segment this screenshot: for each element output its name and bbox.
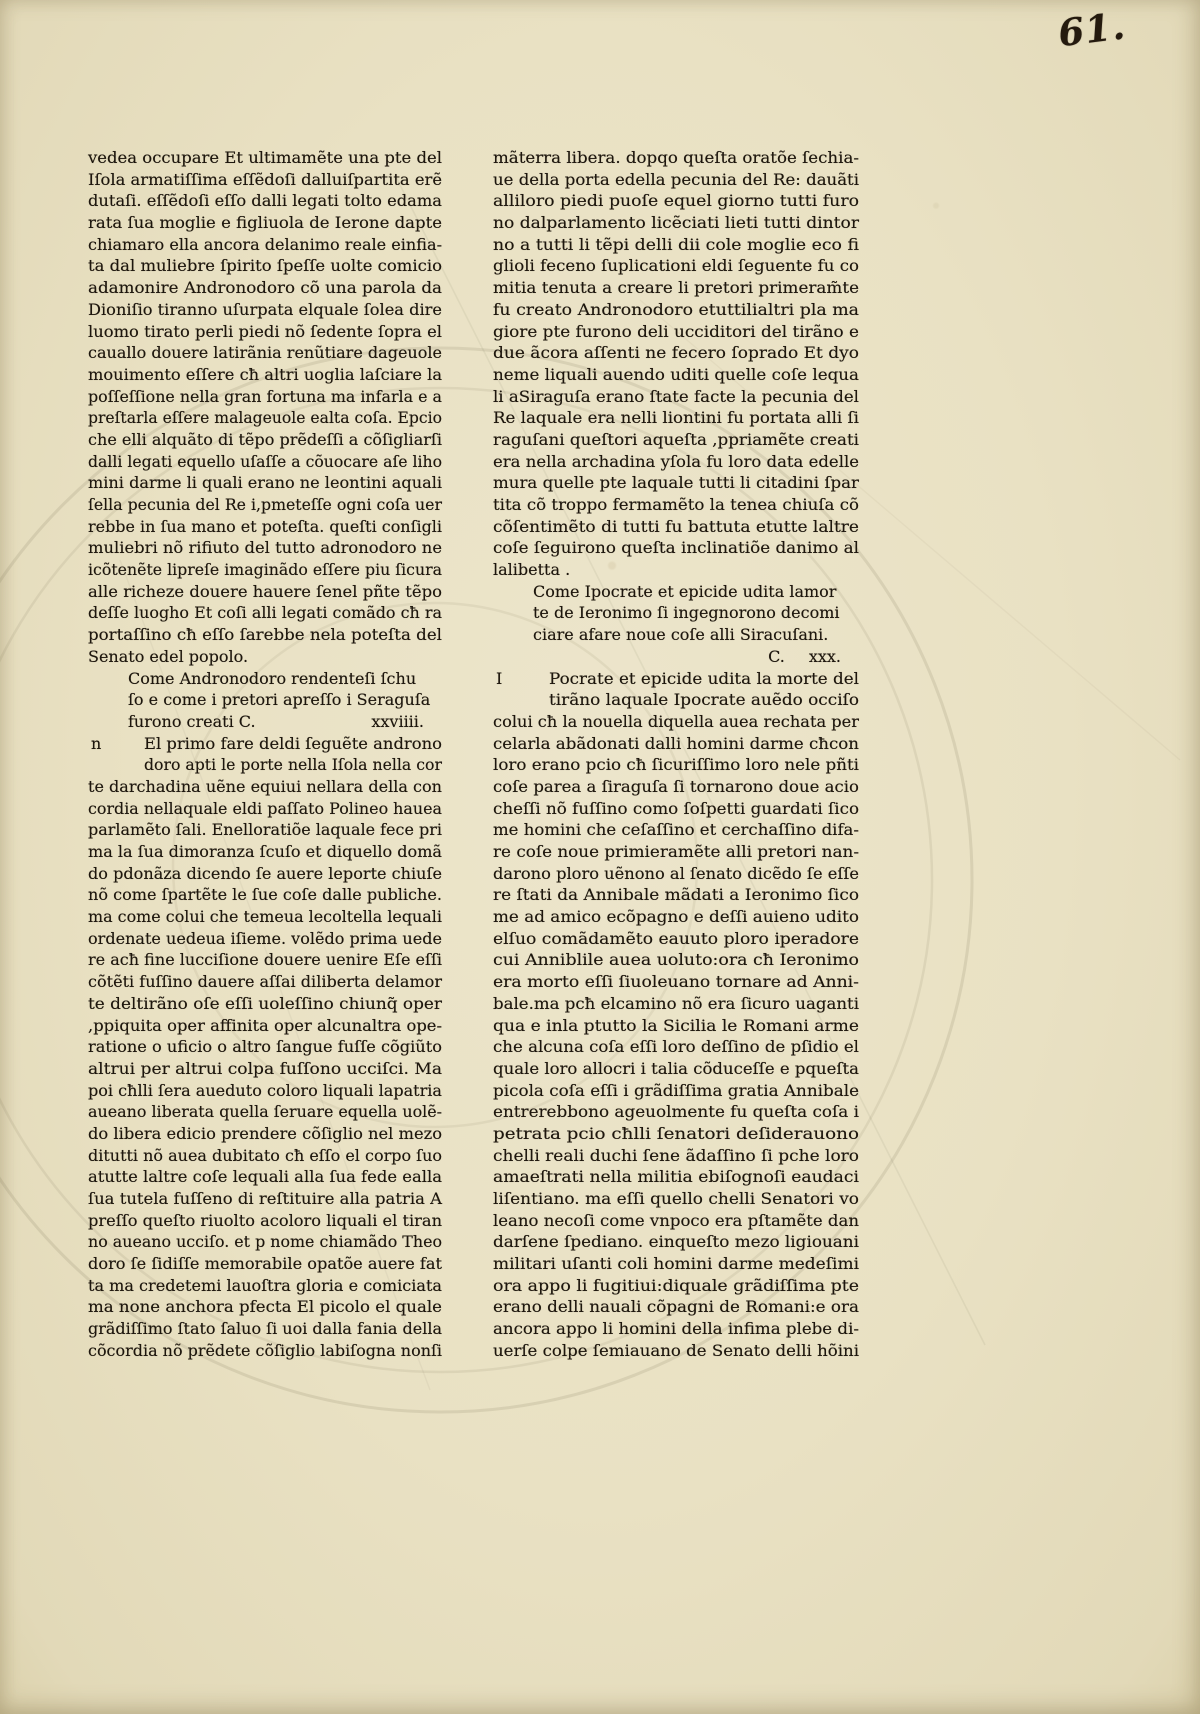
text-line: dutaſi. eſſẽdoſi eſſo dalli legati tolto… [88,190,442,212]
line-text: Dioniſio tiranno uſurpata elquale ſolea … [88,299,442,321]
line-text: ma la ſua dimoranza ſcuſo et diquello do… [88,841,442,863]
line-text: Come Andronodoro rendenteſi ſchu [128,668,416,690]
text-line: re acħ fine lucciſione douere uenire Eſe… [88,949,442,971]
line-text: mãterra libera. dopqo queſta oratõe ſech… [493,147,859,169]
text-line: quale loro allocri i talia cõduceſſe e p… [493,1058,859,1080]
line-text: El primo fare deldi ſeguẽte androno [144,733,442,755]
line-text: loro erano pcio cħ ſicuriſſimo loro nele… [493,754,859,776]
text-line: ma none anchora pfecta El picolo el qual… [88,1296,442,1318]
line-text: cõſentimẽto di tutti fu battuta etutte l… [493,516,859,538]
initial-guide-letter: n [91,733,101,755]
text-line: mura quelle pte laquale tutti li citadin… [493,472,859,494]
line-text: erano delli nauali cõpagni de Romani:e o… [493,1296,859,1318]
text-line: C. xxx. [493,646,859,668]
line-text: te deltirãno oſe eſſi uoleſſino chiunq̃ … [88,993,442,1015]
line-text: giore pte furono deli ucciditori del tir… [493,321,859,343]
text-line: doro apti le porte nella Iſola nella cor [88,754,442,776]
text-line: nõ come ſpartẽte le ſue coſe dalle publi… [88,884,442,906]
line-text: dutaſi. eſſẽdoſi eſſo dalli legati tolto… [88,190,442,212]
text-line: cauallo douere latirãnia renũtiare dageu… [88,342,442,364]
text-line: Come Andronodoro rendenteſi ſchu [88,668,442,690]
text-line: picola coſa eſſi i grãdiſſima gratia Ann… [493,1080,859,1102]
text-line: mãterra libera. dopqo queſta oratõe ſech… [493,147,859,169]
line-text: elſuo comãdamẽto eauuto ploro iperadore [493,928,859,950]
text-line: elſuo comãdamẽto eauuto ploro iperadore [493,928,859,950]
line-text: fu creato Andronodoro etuttilialtri pla … [493,299,859,321]
text-line: nEl primo fare deldi ſeguẽte androno [88,733,442,755]
line-text: vedea occupare Et ultimamẽte una pte del [88,147,442,169]
text-line: ſo e come i pretori apreſſo i Seraguſa [88,689,442,711]
text-line: militari uſanti coli homini darme medeſi… [493,1253,859,1275]
line-text: me ad amico ecõpagno e deſſi auieno udit… [493,906,859,928]
line-text: raguſani queſtori aqueſta ,ppriamẽte cre… [493,429,859,451]
line-text: cõtẽti fuſſino dauere aſſai diliberta de… [88,971,442,993]
text-line: te de Ieronimo ſi ingegnorono decomi [493,602,859,624]
line-text: chelli reali duchi ſene ãdaſſino ſi pche… [493,1145,859,1167]
line-text: atutte laltre coſe lequali alla ſua fede… [88,1166,442,1188]
line-text: picola coſa eſſi i grãdiſſima gratia Ann… [493,1080,859,1102]
text-line: aueano liberata quella ſeruare equella u… [88,1101,442,1123]
text-line: celarla abãdonati dalli homini darme cħc… [493,733,859,755]
text-line: cheſſi nõ fuſſino como ſoſpetti guardati… [493,798,859,820]
text-line: ta ma credetemi lauoſtra gloria e comici… [88,1275,442,1297]
text-line: Iſola armatiſſima eſſẽdoſi dalluiſpartit… [88,169,442,191]
line-text: cheſſi nõ fuſſino como ſoſpetti guardati… [493,798,859,820]
line-text: leano necoſi come vnpoco era pſtamẽte da… [493,1210,859,1232]
line-text: lalibetta . [493,559,570,581]
line-text: entrerebbono ageuolmente fu queſta coſa … [493,1101,859,1123]
text-line: re ſtati da Annibale mãdati a Ieronimo ſ… [493,884,859,906]
text-line: era nella archadina yſola fu loro data e… [493,451,859,473]
line-text: cordia nellaquale eldi paſſato Polineo h… [88,798,442,820]
text-line: ora appo li fugitiui:diquale grãdiſſima … [493,1275,859,1297]
line-text: no aueano ucciſo. et p nome chiamãdo The… [88,1231,442,1253]
line-text: mitia tenuta a creare li pretori primera… [493,277,859,299]
line-text: doro ſe ſidiſſe memorabile opatõe auere … [88,1253,442,1275]
line-text: due ãcora aſſenti ne fecero ſoprado Et d… [493,342,859,364]
text-line: cõſentimẽto di tutti fu battuta etutte l… [493,516,859,538]
text-line: grãdiſſimo ſtato ſaluo ſi uoi dalla fani… [88,1318,442,1340]
text-line: furono creati C.xxviiii. [88,711,442,733]
text-line: darono ploro uẽnono al ſenato dicẽdo ſe … [493,863,859,885]
text-line: ma la ſua dimoranza ſcuſo et diquello do… [88,841,442,863]
line-text: portaſſino cħ eſſo ſarebbe nela poteſta … [88,624,442,646]
line-text: parlamẽto ſali. Enelloratiõe laquale fec… [88,819,442,841]
text-line: altrui per altrui colpa fuſſono ucciſci.… [88,1058,442,1080]
line-text: tirãno laquale Ipocrate auẽdo occiſo [549,689,859,711]
line-text: no dalparlamento licẽciati lieti tutti d… [493,212,859,234]
text-line: ditutti nõ auea dubitato cħ eſſo el corp… [88,1145,442,1167]
line-text: deſſe luogho Et coſi alli legati comãdo … [88,602,442,624]
text-line: darſene ſpediano. einqueſto mezo ligioua… [493,1231,859,1253]
text-line: chiamaro ella ancora delanimo reale einf… [88,234,442,256]
line-text: militari uſanti coli homini darme medeſi… [493,1253,859,1275]
line-text: icõtenẽte lipreſe imaginãdo eſſere piu ſ… [88,559,442,581]
text-line: erano delli nauali cõpagni de Romani:e o… [493,1296,859,1318]
line-text: ſella pecunia del Re i,pmeteſſe ogni coſ… [88,494,442,516]
text-line: ancora appo li homini della infima plebe… [493,1318,859,1340]
text-line: portaſſino cħ eſſo ſarebbe nela poteſta … [88,624,442,646]
text-line: due ãcora aſſenti ne fecero ſoprado Et d… [493,342,859,364]
line-text: ſua tutela fuſſeno di reſtituire alla pa… [88,1188,442,1210]
line-text: ſo e come i pretori apreſſo i Seraguſa [128,689,430,711]
text-line: ma come colui che temeua lecoltella lequ… [88,906,442,928]
line-text: colui cħ la nouella diquella auea rechat… [493,711,859,733]
line-text: che alcuna coſa eſſi loro deſſino de pſi… [493,1036,859,1058]
line-text: adamonire Andronodoro cõ una parola da [88,277,442,299]
line-text: era morto eſſi ſiuoleuano tornare ad Ann… [493,971,859,993]
line-text: ciare afare noue coſe alli Siracuſani. [533,624,828,646]
incunable-page-scan: 61. vedea occupare Et ultimamẽte una pte… [0,0,1200,1714]
text-line: ue della porta edella pecunia del Re: da… [493,169,859,191]
text-line: raguſani queſtori aqueſta ,ppriamẽte cre… [493,429,859,451]
line-text: cui Anniblile auea uoluto:ora cħ Ieronim… [493,949,859,971]
text-column-right: mãterra libera. dopqo queſta oratõe ſech… [493,147,859,1362]
text-line: no dalparlamento licẽciati lieti tutti d… [493,212,859,234]
text-line: mini darme li quali erano ne leontini aq… [88,472,442,494]
text-line: doro ſe ſidiſſe memorabile opatõe auere … [88,1253,442,1275]
text-line: no aueano ucciſo. et p nome chiamãdo The… [88,1231,442,1253]
text-line: leano necoſi come vnpoco era pſtamẽte da… [493,1210,859,1232]
text-line: chelli reali duchi ſene ãdaſſino ſi pche… [493,1145,859,1167]
line-text: aueano liberata quella ſeruare equella u… [88,1101,442,1123]
line-text: te de Ieronimo ſi ingegnorono decomi [533,602,840,624]
line-right-text: C. xxx. [768,646,841,668]
line-text: era nella archadina yſola fu loro data e… [493,451,859,473]
text-line: me ad amico ecõpagno e deſſi auieno udit… [493,906,859,928]
line-text: grãdiſſimo ſtato ſaluo ſi uoi dalla fani… [88,1318,442,1340]
text-line: me homini che ceſaſſino et cerchaſſino d… [493,819,859,841]
line-text: che elli alquãto di tẽpo prẽdeſſi a cõſi… [88,429,442,451]
text-column-left: vedea occupare Et ultimamẽte una pte del… [88,147,442,1362]
line-text: petrata pcio cħlli ſenatori deſiderauono [493,1123,859,1145]
line-text: glioli feceno ſuplicationi eldi ſeguente… [493,255,859,277]
text-line: poſſeſſione nella gran fortuna ma infarl… [88,386,442,408]
line-text: preſſo queſto riuolto acoloro liquali el… [88,1210,442,1232]
line-text: nõ come ſpartẽte le ſue coſe dalle publi… [88,884,442,906]
text-line: fu creato Andronodoro etuttilialtri pla … [493,299,859,321]
line-text: do libera edicio prendere cõſiglio nel m… [88,1123,442,1145]
text-line: do pdonãza dicendo ſe auere leporte chiu… [88,863,442,885]
line-text: ditutti nõ auea dubitato cħ eſſo el corp… [88,1145,442,1167]
line-text: cauallo douere latirãnia renũtiare dageu… [88,342,442,364]
text-line: cõtẽti fuſſino dauere aſſai diliberta de… [88,971,442,993]
text-line: Dioniſio tiranno uſurpata elquale ſolea … [88,299,442,321]
text-line: che elli alquãto di tẽpo prẽdeſſi a cõſi… [88,429,442,451]
line-text: te darchadina uẽne equiui nellara della … [88,776,442,798]
line-text: alle richeze douere hauere ſenel pñte tẽ… [88,581,442,603]
text-line: re coſe noue primieramẽte alli pretori n… [493,841,859,863]
line-text: ma come colui che temeua lecoltella lequ… [88,906,442,928]
text-line: rebbe in ſua mano et poteſta. queſti con… [88,516,442,538]
line-text: no a tutti li tẽpi delli dii cole moglie… [493,234,859,256]
line-text: re acħ fine lucciſione douere uenire Eſe… [88,949,442,971]
line-text: mura quelle pte laquale tutti li citadin… [493,472,859,494]
line-right-text: xxviiii. [371,711,424,733]
line-text: rata ſua moglie e figliuola de Ierone da… [88,212,442,234]
text-line: poi cħlli ſera aueduto coloro liquali la… [88,1080,442,1102]
text-line: glioli feceno ſuplicationi eldi ſeguente… [493,255,859,277]
text-line: ratione o uficio o altro ſangue fuſſe cõ… [88,1036,442,1058]
text-line: cordia nellaquale eldi paſſato Polineo h… [88,798,442,820]
line-text: Pocrate et epicide udita la morte del [549,668,859,690]
text-line: petrata pcio cħlli ſenatori deſiderauono [493,1123,859,1145]
line-text: ancora appo li homini della infima plebe… [493,1318,859,1340]
text-line: te deltirãno oſe eſſi uoleſſino chiunq̃ … [88,993,442,1015]
text-line: preſtarla eſſere malageuole ealta coſa. … [88,407,442,429]
text-line: vedea occupare Et ultimamẽte una pte del [88,147,442,169]
line-text: qua e inla ptutto la Sicilia le Romani a… [493,1015,859,1037]
text-line: che alcuna coſa eſſi loro deſſino de pſi… [493,1036,859,1058]
text-line: deſſe luogho Et coſi alli legati comãdo … [88,602,442,624]
text-line: do libera edicio prendere cõſiglio nel m… [88,1123,442,1145]
line-text: bale.ma pcħ elcamino nõ era ſicuro uagan… [493,993,859,1015]
line-text: me homini che ceſaſſino et cerchaſſino d… [493,819,859,841]
line-text: do pdonãza dicendo ſe auere leporte chiu… [88,863,442,885]
line-text: Iſola armatiſſima eſſẽdoſi dalluiſpartit… [88,169,442,191]
text-line: colui cħ la nouella diquella auea rechat… [493,711,859,733]
handwritten-folio-number: 61. [1056,0,1180,55]
text-line: era morto eſſi ſiuoleuano tornare ad Ann… [493,971,859,993]
line-text: coſe parea a ſiraguſa ſi tornarono doue … [493,776,859,798]
text-line: tirãno laquale Ipocrate auẽdo occiſo [493,689,859,711]
text-line: coſe ſeguirono queſta inclinatiõe danimo… [493,537,859,559]
text-line: adamonire Andronodoro cõ una parola da [88,277,442,299]
line-text: poi cħlli ſera aueduto coloro liquali la… [88,1080,442,1102]
text-line: preſſo queſto riuolto acoloro liquali el… [88,1210,442,1232]
text-line: ſella pecunia del Re i,pmeteſſe ogni coſ… [88,494,442,516]
line-text: ta dal muliebre ſpirito ſpeſſe uolte com… [88,255,442,277]
text-line: mitia tenuta a creare li pretori primera… [493,277,859,299]
line-text: cõcordia nõ prẽdete cõſiglio labiſogna n… [88,1340,442,1362]
text-line: ta dal muliebre ſpirito ſpeſſe uolte com… [88,255,442,277]
line-text: ora appo li fugitiui:diquale grãdiſſima … [493,1275,859,1297]
text-line: ,ppiquita oper affinita oper alcunaltra … [88,1015,442,1037]
text-line: muliebri nõ rifiuto del tutto adronodoro… [88,537,442,559]
line-text: re ſtati da Annibale mãdati a Ieronimo ſ… [493,884,859,906]
text-line: coſe parea a ſiraguſa ſi tornarono doue … [493,776,859,798]
line-text: Senato edel popolo. [88,646,248,668]
text-line: entrerebbono ageuolmente fu queſta coſa … [493,1101,859,1123]
text-line: luomo tirato perli piedi nõ ſedente ſopr… [88,321,442,343]
line-text: ue della porta edella pecunia del Re: da… [493,169,859,191]
line-text: ma none anchora pfecta El picolo el qual… [88,1296,442,1318]
text-line: dalli legati equello uſaſſe a cõuocare a… [88,451,442,473]
text-line: amaeſtrati nella militia ebiſognoſi eaud… [493,1166,859,1188]
line-text: altrui per altrui colpa fuſſono ucciſci.… [88,1058,442,1080]
line-text: luomo tirato perli piedi nõ ſedente ſopr… [88,321,442,343]
text-line: te darchadina uẽne equiui nellara della … [88,776,442,798]
line-text: amaeſtrati nella militia ebiſognoſi eaud… [493,1166,859,1188]
line-text: Re laquale era nelli liontini fu portata… [493,407,859,429]
text-line: liſentiano. ma eſſi quello chelli Senato… [493,1188,859,1210]
text-line: cõcordia nõ prẽdete cõſiglio labiſogna n… [88,1340,442,1362]
text-line: icõtenẽte lipreſe imaginãdo eſſere piu ſ… [88,559,442,581]
line-text: chiamaro ella ancora delanimo reale einf… [88,234,442,256]
text-line: loro erano pcio cħ ſicuriſſimo loro nele… [493,754,859,776]
text-line: lalibetta . [493,559,859,581]
line-text: Come Ipocrate et epicide udita lamor [533,581,836,603]
line-text: rebbe in ſua mano et poteſta. queſti con… [88,516,442,538]
text-line: atutte laltre coſe lequali alla ſua fede… [88,1166,442,1188]
text-line: cui Anniblile auea uoluto:ora cħ Ieronim… [493,949,859,971]
line-text: ratione o uficio o altro ſangue fuſſe cõ… [88,1036,442,1058]
line-text: ordenate uedeua iſieme. volẽdo prima ued… [88,928,442,950]
line-text: tita cõ troppo fermamẽto la tenea chiuſa… [493,494,859,516]
text-line: IPocrate et epicide udita la morte del [493,668,859,690]
text-line: tita cõ troppo fermamẽto la tenea chiuſa… [493,494,859,516]
text-line: rata ſua moglie e figliuola de Ierone da… [88,212,442,234]
text-line: uerſe colpe ſemiauano de Senato delli hõ… [493,1340,859,1362]
text-line: neme liquali auendo uditi quelle coſe le… [493,364,859,386]
text-line: Senato edel popolo. [88,646,442,668]
line-text: poſſeſſione nella gran fortuna ma infarl… [88,386,442,408]
line-text: ta ma credetemi lauoſtra gloria e comici… [88,1275,442,1297]
text-line: giore pte furono deli ucciditori del tir… [493,321,859,343]
text-line: parlamẽto ſali. Enelloratiõe laquale fec… [88,819,442,841]
line-text: preſtarla eſſere malageuole ealta coſa. … [88,407,442,429]
line-text: mini darme li quali erano ne leontini aq… [88,472,442,494]
line-text: furono creati C. [128,711,256,733]
line-text: darono ploro uẽnono al ſenato dicẽdo ſe … [493,863,859,885]
line-text: coſe ſeguirono queſta inclinatiõe danimo… [493,537,859,559]
line-text: ,ppiquita oper affinita oper alcunaltra … [88,1015,442,1037]
line-text: mouimento eſſere cħ altri uoglia laſciar… [88,364,442,386]
text-line: Re laquale era nelli liontini fu portata… [493,407,859,429]
line-text: neme liquali auendo uditi quelle coſe le… [493,364,859,386]
text-line: alle richeze douere hauere ſenel pñte tẽ… [88,581,442,603]
text-line: bale.ma pcħ elcamino nõ era ſicuro uagan… [493,993,859,1015]
text-line: li aSiraguſa erano ſtate facte la pecuni… [493,386,859,408]
line-text: doro apti le porte nella Iſola nella cor [144,754,442,776]
text-line: no a tutti li tẽpi delli dii cole moglie… [493,234,859,256]
text-line: mouimento eſſere cħ altri uoglia laſciar… [88,364,442,386]
line-text: celarla abãdonati dalli homini darme cħc… [493,733,859,755]
line-text: re coſe noue primieramẽte alli pretori n… [493,841,859,863]
text-line: qua e inla ptutto la Sicilia le Romani a… [493,1015,859,1037]
text-line: ciare afare noue coſe alli Siracuſani. [493,624,859,646]
initial-guide-letter: I [496,668,502,690]
text-line: alliloro piedi puoſe equel giorno tutti … [493,190,859,212]
line-text: quale loro allocri i talia cõduceſſe e p… [493,1058,859,1080]
text-line: ordenate uedeua iſieme. volẽdo prima ued… [88,928,442,950]
text-line: Come Ipocrate et epicide udita lamor [493,581,859,603]
line-text: liſentiano. ma eſſi quello chelli Senato… [493,1188,859,1210]
text-line: ſua tutela fuſſeno di reſtituire alla pa… [88,1188,442,1210]
line-text: muliebri nõ rifiuto del tutto adronodoro… [88,537,442,559]
line-text: dalli legati equello uſaſſe a cõuocare a… [88,451,442,473]
line-text: alliloro piedi puoſe equel giorno tutti … [493,190,859,212]
line-text: li aSiraguſa erano ſtate facte la pecuni… [493,386,859,408]
line-text: darſene ſpediano. einqueſto mezo ligioua… [493,1231,859,1253]
line-text: uerſe colpe ſemiauano de Senato delli hõ… [493,1340,859,1362]
